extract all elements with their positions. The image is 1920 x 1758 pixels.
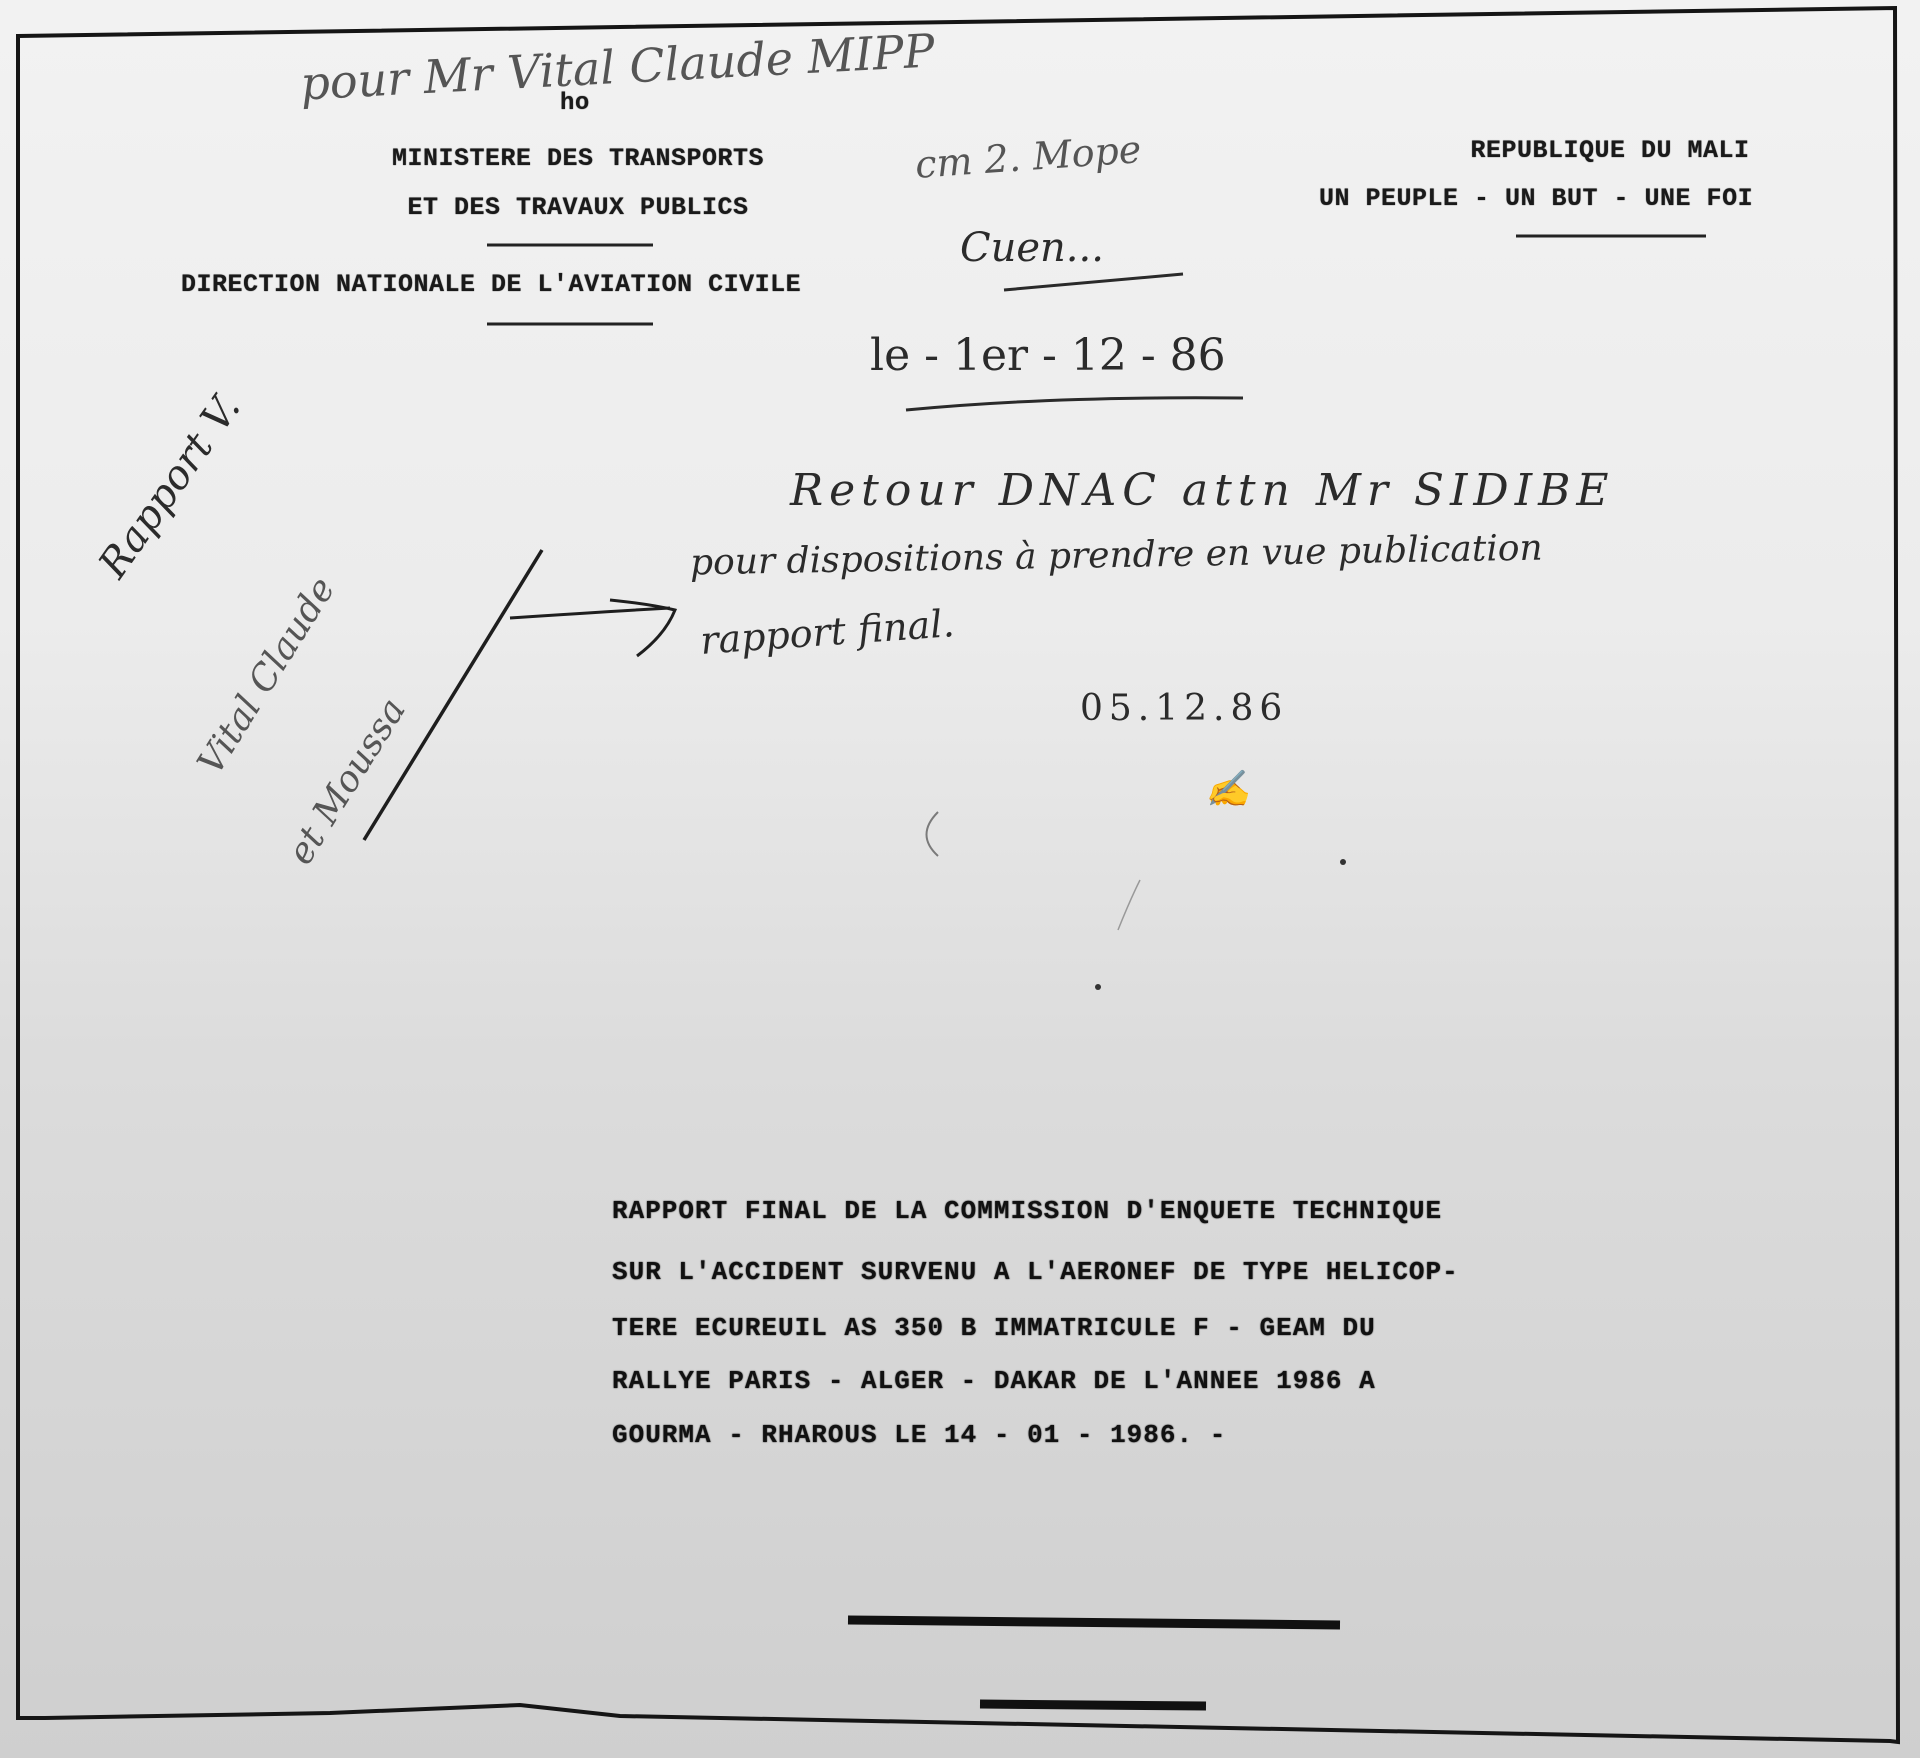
report-title-line: RALLYE PARIS - ALGER - DAKAR DE L'ANNEE … (612, 1366, 1376, 1396)
ministry-line-2: ET DES TRAVAUX PUBLICS (407, 193, 748, 222)
handwritten-instruction-line-1: Retour DNAC attn Mr SIDIBE (790, 465, 1615, 516)
ministry-line-1: MINISTERE DES TRANSPORTS (392, 144, 764, 173)
national-motto: UN PEUPLE - UN BUT - UNE FOI (1319, 184, 1753, 213)
handwritten-cuen-note: Cuen... (960, 225, 1104, 271)
handwritten-signature: ✍ (1205, 768, 1250, 810)
report-title-line: SUR L'ACCIDENT SURVENU A L'AERONEF DE TY… (612, 1257, 1459, 1287)
direction-name: DIRECTION NATIONALE DE L'AVIATION CIVILE (181, 270, 801, 299)
country-name: REPUBLIQUE DU MALI (1470, 136, 1749, 165)
handwritten-instruction-date: 05.12.86 (1080, 688, 1288, 729)
report-title-line: TERE ECUREUIL AS 350 B IMMATRICULE F - G… (612, 1313, 1376, 1343)
report-title-line: RAPPORT FINAL DE LA COMMISSION D'ENQUETE… (612, 1196, 1442, 1226)
report-title-line: GOURMA - RHAROUS LE 14 - 01 - 1986. - (612, 1420, 1226, 1450)
handwritten-date: le - 1er - 12 - 86 (870, 330, 1226, 381)
